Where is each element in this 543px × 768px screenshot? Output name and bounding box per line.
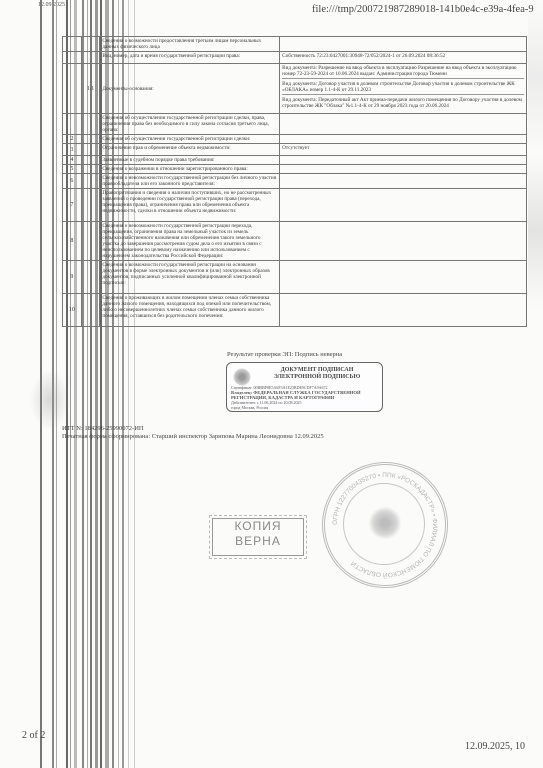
table-row: 6Сведения о невозможности государственно… [63, 174, 527, 189]
row-label: Сведения об осуществлении государственно… [100, 135, 280, 144]
copy-certified-stamp: КОПИЯ ВЕРНА [212, 518, 304, 556]
table-row: Сведения о возможности предоставления тр… [63, 37, 527, 52]
scan-edge-artifact [528, 0, 543, 768]
copy-stamp-line2: ВЕРНА [213, 534, 303, 549]
coat-of-arms-icon [233, 368, 251, 386]
round-seal-stamp: ОГРН 1227700435270 • ППК «РОСКАДАСТР» • … [322, 462, 448, 588]
row-number: 3 [63, 144, 82, 156]
row-value [280, 135, 527, 144]
print-footer-date: 12.09.2025, 10 [465, 741, 525, 752]
row-subnumber [81, 261, 100, 294]
row-value-entry: Собственность 72:23:0427001:30948-72/052… [282, 53, 524, 60]
row-number [63, 64, 82, 114]
row-value: Собственность 72:23:0427001:30948-72/052… [280, 52, 527, 64]
signature-title: ДОКУМЕНТ ПОДПИСАН ЭЛЕКТРОННОЙ ПОДПИСЬЮ [257, 367, 377, 381]
table-row: 4Заявленные в судебном порядке права тре… [63, 156, 527, 165]
row-number: 2 [63, 135, 82, 144]
printed-by-line: Печатная форма сформирована: Старший инс… [62, 433, 324, 440]
row-number: 5 [63, 165, 82, 174]
row-subnumber [81, 165, 100, 174]
row-label: Ограничение прав и обременение объекта н… [100, 144, 280, 156]
row-value [280, 261, 527, 294]
table-row: 5Сведения о возражении в отношении зарег… [63, 165, 527, 174]
signature-check-result: Результат проверки ЭП: Подпись неверна [227, 351, 342, 358]
signature-location: город Москва, Россия [231, 405, 379, 410]
row-label: Правопритязания и сведения о наличии пос… [100, 189, 280, 222]
row-subnumber [81, 135, 100, 144]
table-row: 8Сведения о невозможности государственно… [63, 222, 527, 261]
row-number [63, 114, 82, 135]
row-label: Сведения об осуществлении государственно… [100, 114, 280, 135]
signature-details: Сертификат: 00B0BF8E5A6F3A1E23BDE9CDF7A9… [231, 385, 379, 410]
row-value [280, 174, 527, 189]
row-value: Вид документа: Разрешение на ввод объект… [280, 64, 527, 114]
document-id-line: ИТТ N: 184296-25990072-ИП [62, 425, 144, 432]
row-value-entry: Вид документа: Разрешение на ввод объект… [282, 65, 524, 79]
row-value-entry: Вид документа: Договор участия в долевом… [282, 81, 524, 95]
row-value [280, 165, 527, 174]
page-count: 2 of 2 [22, 730, 45, 741]
row-number: 7 [63, 189, 82, 222]
row-number [63, 52, 82, 64]
row-value [280, 114, 527, 135]
row-label: Сведения о проживающих в жилом помещении… [100, 294, 280, 327]
seal-emblem-icon [367, 505, 403, 541]
row-subnumber [81, 52, 100, 64]
signature-title-line2: ЭЛЕКТРОННОЙ ПОДПИСЬЮ [257, 374, 377, 381]
row-label: Документы-основания: [100, 64, 280, 114]
table-row: 3Ограничение прав и обременение объекта … [63, 144, 527, 156]
table-row: 9Сведения о возможности государственной … [63, 261, 527, 294]
row-value: Отсутствует [280, 144, 527, 156]
table-row: 10Сведения о проживающих в жилом помещен… [63, 294, 527, 327]
row-subnumber: 1.1 [81, 64, 100, 114]
row-label: Сведения о возражении в отношении зареги… [100, 165, 280, 174]
signature-title-line1: ДОКУМЕНТ ПОДПИСАН [257, 367, 377, 374]
print-header-url: file:///tmp/200721987289018-141b0e4c-e39… [312, 4, 534, 15]
row-label: Сведения о возможности предоставления тр… [100, 37, 280, 52]
row-value [280, 156, 527, 165]
electronic-signature-stamp: ДОКУМЕНТ ПОДПИСАН ЭЛЕКТРОННОЙ ПОДПИСЬЮ С… [226, 362, 383, 412]
row-subnumber [81, 144, 100, 156]
table-row: 1.1Документы-основания:Вид документа: Ра… [63, 64, 527, 114]
table-row: Вид, номер, дата и время государственной… [63, 52, 527, 64]
row-number: 4 [63, 156, 82, 165]
signature-owner: Владелец: ФЕДЕРАЛЬНАЯ СЛУЖБА ГОСУДАРСТВЕ… [231, 390, 379, 400]
row-value [280, 294, 527, 327]
row-number: 9 [63, 261, 82, 294]
row-label: Сведения о невозможности государственной… [100, 174, 280, 189]
row-subnumber [81, 156, 100, 165]
row-value [280, 189, 527, 222]
row-label: Сведения о возможности государственной р… [100, 261, 280, 294]
row-number [63, 37, 82, 52]
table-row: 7Правопритязания и сведения о наличии по… [63, 189, 527, 222]
row-subnumber [81, 189, 100, 222]
row-label: Вид, номер, дата и время государственной… [100, 52, 280, 64]
row-label: Сведения о невозможности государственной… [100, 222, 280, 261]
copy-stamp-line1: КОПИЯ [213, 519, 303, 534]
row-number: 6 [63, 174, 82, 189]
row-subnumber [81, 174, 100, 189]
registry-extract-table: Сведения о возможности предоставления тр… [62, 36, 527, 327]
row-value [280, 222, 527, 261]
row-subnumber [81, 222, 100, 261]
table-row: Сведения об осуществлении государственно… [63, 114, 527, 135]
row-subnumber [81, 294, 100, 327]
row-value-entry: Отсутствует [282, 145, 524, 152]
row-subnumber [81, 37, 100, 52]
row-label: Заявленные в судебном порядке права треб… [100, 156, 280, 165]
row-value-entry: Вид документа: Передаточный акт Акт прие… [282, 97, 524, 110]
row-value [280, 37, 527, 52]
row-number: 10 [63, 294, 82, 327]
row-subnumber [81, 114, 100, 135]
row-number: 8 [63, 222, 82, 261]
table-row: 2Сведения об осуществлении государственн… [63, 135, 527, 144]
scan-noise [30, 370, 70, 430]
